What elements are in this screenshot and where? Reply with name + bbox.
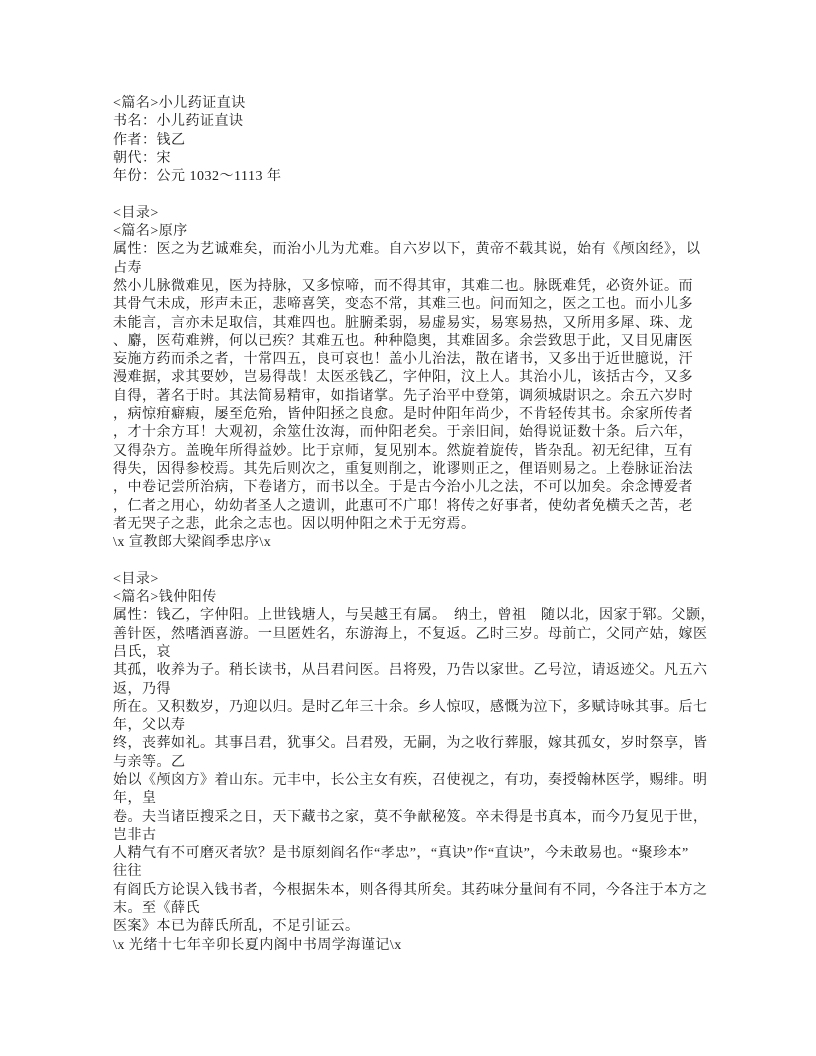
- text-line: 妄施方药而杀之者，十常四五，良可哀也！盖小儿治法，散在诸书，又多出于近世臆说，汗: [113, 351, 766, 369]
- document-page: <篇名>小儿药证直诀书名：小儿药证直诀作者：钱乙朝代：宋年份：公元 1032～1…: [0, 0, 816, 1056]
- text-line: <目录>: [113, 571, 766, 589]
- text-line: 漫难据，求其要妙，岂易得哉！太医丞钱乙，字仲阳，汶上人。其治小儿，该括古今，又多: [113, 369, 766, 387]
- text-line: 岂非古: [113, 827, 766, 845]
- document-body: <篇名>小儿药证直诀书名：小儿药证直诀作者：钱乙朝代：宋年份：公元 1032～1…: [113, 95, 766, 955]
- text-line: 终，丧葬如礼。其事吕君，犹事父。吕君殁，无嗣，为之收行葬服，嫁其孤女，岁时祭享，…: [113, 735, 766, 753]
- text-line: 始以《颅囟方》着山东。元丰中，长公主女有疾，召使视之，有功，奏授翰林医学，赐绯。…: [113, 772, 766, 790]
- text-line: 然小儿脉微难见，医为持脉，又多惊啼，而不得其审，其难二也。脉既难凭，必资外证。而: [113, 278, 766, 296]
- text-line: <目录>: [113, 205, 766, 223]
- text-line: 善针医，然嗜酒喜游。一旦匿姓名，东游海上，不复返。乙时三岁。母前亡，父同产姑，嫁…: [113, 626, 766, 644]
- text-line: 所在。又积数岁，乃迎以归。是时乙年三十余。乡人惊叹，感慨为泣下，多赋诗咏其事。后…: [113, 699, 766, 717]
- text-line: 年，父以寿: [113, 717, 766, 735]
- text-line: 往往: [113, 863, 766, 881]
- text-line: 者无哭子之悲，此余之志也。因以明仲阳之术于无穷焉。: [113, 516, 766, 534]
- text-line: 未能言，言亦未足取信，其难四也。脏腑柔弱，易虚易实，易寒易热，又所用多犀、珠、龙: [113, 315, 766, 333]
- text-line: 又得杂方。盖晚年所得益妙。比于京师，复见别本。然旋着旋传，皆杂乱。初无纪律，互有: [113, 443, 766, 461]
- text-line: 、麝，医苟难辨，何以已疾？其难五也。种种隐奥，其难固多。余尝致思于此，又目见庸医: [113, 333, 766, 351]
- text-line: ，病惊疳癖瘕，屡至危殆，皆仲阳拯之良愈。是时仲阳年尚少，不肯轻传其书。余家所传者: [113, 406, 766, 424]
- text-line: [113, 186, 766, 204]
- text-line: 自得，著名于时。其法简易精审，如指诸掌。先子治平中登第，调须城尉识之。余五六岁时: [113, 388, 766, 406]
- text-line: 属性：医之为艺诚难矣，而治小儿为尤难。自六岁以下，黄帝不载其说，始有《颅囟经》，…: [113, 241, 766, 259]
- text-line: 返，乃得: [113, 681, 766, 699]
- text-line: 其骨气未成，形声未正，悲啼喜笑，变态不常，其难三也。问而知之，医之工也。而小儿多: [113, 296, 766, 314]
- text-line: 书名：小儿药证直诀: [113, 113, 766, 131]
- text-line: 末。至《薛氏: [113, 900, 766, 918]
- text-line: 作者：钱乙: [113, 132, 766, 150]
- text-line: \x 宣教郎大梁阎季忠序\x: [113, 534, 766, 552]
- text-line: 人精气有不可磨灭者欤？是书原刻阎名作“孝忠”，“真诀”作“直诀”，今未敢易也。“…: [113, 845, 766, 863]
- text-line: <篇名>钱仲阳传: [113, 589, 766, 607]
- text-line: <篇名>原序: [113, 223, 766, 241]
- text-line: 医案》本已为薛氏所乱，不足引证云。: [113, 918, 766, 936]
- text-line: <篇名>小儿药证直诀: [113, 95, 766, 113]
- text-line: 得失，因得参校焉。其先后则次之，重复则削之，讹谬则正之，俚语则易之。上卷脉证治法: [113, 461, 766, 479]
- text-line: 与亲等。乙: [113, 754, 766, 772]
- text-line: ，才十余方耳！大观初，余筮仕汝海，而仲阳老矣。于亲旧间，始得说证数十条。后六年，: [113, 424, 766, 442]
- text-line: [113, 552, 766, 570]
- text-line: 属性：钱乙，字仲阳。上世钱塘人，与吴越王有属。 纳土，曾祖 随以北，因家于郓。父…: [113, 607, 766, 625]
- text-line: 占寿: [113, 260, 766, 278]
- text-line: ，仁者之用心，幼幼者圣人之遗训，此惠可不广耶！将传之好事者，使幼者免横夭之苦，老: [113, 498, 766, 516]
- text-line: 吕氏，哀: [113, 644, 766, 662]
- text-line: 朝代：宋: [113, 150, 766, 168]
- text-line: ，中卷记尝所治病，下卷诸方，而书以全。于是古今治小儿之法，不可以加矣。余念博爱者: [113, 479, 766, 497]
- text-line: 年，皇: [113, 790, 766, 808]
- text-line: 其孤，收养为子。稍长读书，从吕君问医。吕将殁，乃告以家世。乙号泣，请返迹父。凡五…: [113, 662, 766, 680]
- text-line: 卷。夫当诸臣搜采之日，天下藏书之家，莫不争献秘笈。卒未得是书真本，而今乃复见于世…: [113, 809, 766, 827]
- text-line: 有阎氏方论误入钱书者，今根据朱本，则各得其所矣。其药味分量间有不同，今各注于本方…: [113, 882, 766, 900]
- text-line: 年份：公元 1032～1113 年: [113, 168, 766, 186]
- text-line: \x 光绪十七年辛卯长夏内阁中书周学海谨记\x: [113, 937, 766, 955]
